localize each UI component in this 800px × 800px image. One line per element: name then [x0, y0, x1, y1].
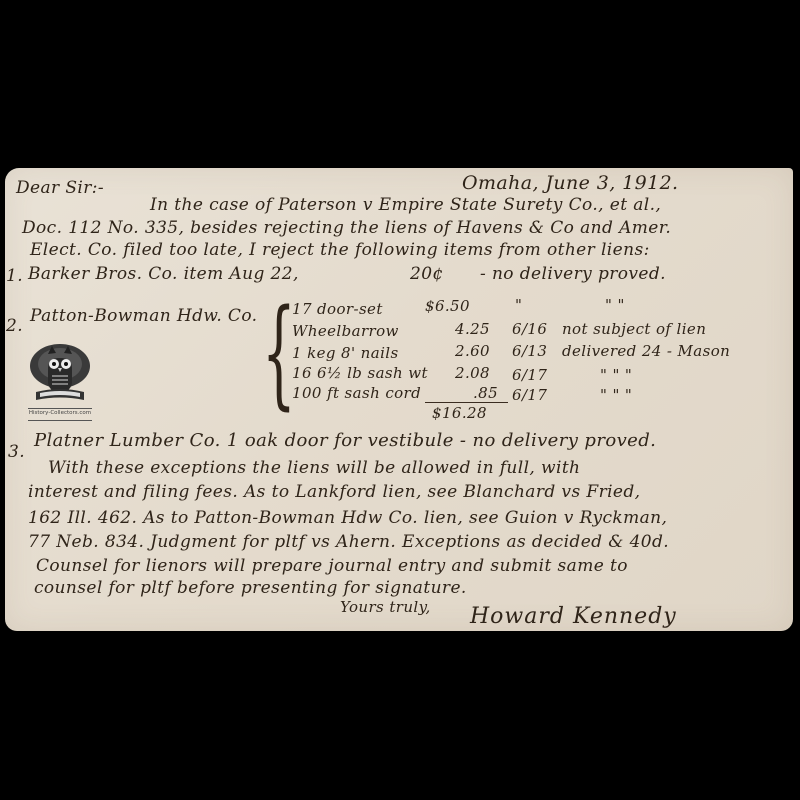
item-1-text: Barker Bros. Co. item Aug 22, — [28, 264, 299, 284]
divider — [28, 420, 92, 421]
closing: Yours truly, — [340, 598, 431, 616]
row-item: 16 6½ lb sash wt — [292, 364, 428, 382]
body-line: Counsel for lienors will prepare journal… — [36, 556, 628, 576]
row-note: " " — [605, 296, 625, 314]
watermark-text: History-Collectors.com — [22, 410, 98, 416]
row-note: not subject of lien — [562, 320, 706, 338]
row-amount: 2.08 — [455, 364, 490, 382]
body-line: 162 Ill. 462. As to Patton-Bowman Hdw Co… — [28, 508, 667, 528]
row-amount: $6.50 — [425, 297, 470, 315]
row-item: Wheelbarrow — [292, 322, 399, 340]
item-1-number: 1. — [6, 266, 23, 286]
intro-line: Doc. 112 No. 335, besides rejecting the … — [22, 218, 671, 238]
divider — [28, 408, 92, 409]
body-line: counsel for pltf before presenting for s… — [34, 578, 467, 598]
body-line: 77 Neb. 834. Judgment for pltf vs Ahern.… — [28, 532, 669, 552]
item-2-total: $16.28 — [432, 404, 487, 422]
row-amount: .85 — [473, 384, 498, 402]
item-1-amount: 20¢ — [410, 264, 444, 284]
row-amount: 2.60 — [455, 342, 490, 360]
salutation: Dear Sir:- — [16, 178, 104, 198]
body-line: With these exceptions the liens will be … — [48, 458, 580, 478]
row-item: 17 door-set — [292, 300, 383, 318]
item-2-company: Patton-Bowman Hdw. Co. — [30, 306, 257, 326]
signature: Howard Kennedy — [470, 604, 677, 629]
intro-line: In the case of Paterson v Empire State S… — [150, 195, 661, 215]
row-date: 6/13 — [512, 342, 547, 360]
intro-line: Elect. Co. filed too late, I reject the … — [30, 240, 650, 260]
brace: { — [262, 293, 296, 411]
item-3-number: 3. — [8, 442, 25, 462]
row-item: 1 keg 8' nails — [292, 344, 399, 362]
item-3-text: Platner Lumber Co. 1 oak door for vestib… — [34, 430, 656, 451]
row-date: 6/16 — [512, 320, 547, 338]
watermark-logo: History-Collectors.com — [22, 340, 98, 426]
row-date: 6/17 — [512, 386, 547, 404]
row-note: delivered 24 - Mason — [562, 342, 730, 360]
row-note: " " " — [600, 386, 632, 404]
row-note: " " " — [600, 366, 632, 384]
row-amount: 4.25 — [455, 320, 490, 338]
row-date: 6/17 — [512, 366, 547, 384]
row-item: 100 ft sash cord — [292, 384, 421, 402]
row-date: " — [515, 296, 522, 314]
place-date: Omaha, June 3, 1912. — [462, 172, 679, 194]
total-rule — [425, 402, 508, 403]
body-line: interest and filing fees. As to Lankford… — [28, 482, 640, 502]
owl-on-book-icon — [22, 340, 98, 406]
item-2-number: 2. — [6, 316, 23, 336]
item-1-note: - no delivery proved. — [480, 264, 666, 284]
